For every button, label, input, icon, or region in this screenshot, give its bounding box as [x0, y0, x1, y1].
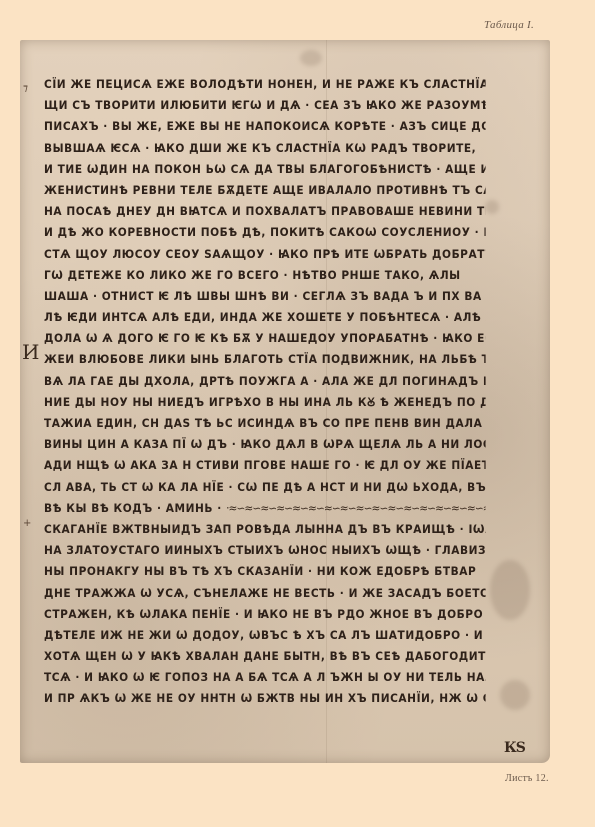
text-line: щи съ творити илюбити ѥгѡ и дѧ · сеа зъ …	[44, 95, 486, 116]
text-line: ны пронакгу ны въ тѣ хъ сказанїи · ни ко…	[44, 561, 486, 582]
text-line: на посаѣ днеу дн вꙗтсѧ и похвалатъ право…	[44, 201, 486, 222]
text-line: ади нщѣ ѡ ака за н стиви пгове наше го ·…	[44, 455, 486, 476]
ornament-band: ·≈∽≈∽≈∽≈∽≈∽≈∽≈∽≈∽≈∽≈∽≈∽≈∽≈∽≈∽≈∽≈∽≈ ꙮ	[226, 501, 485, 515]
text-line: и пр ѧкъ ѡ же не оу ннтн ѡ бжтв ны ин хъ…	[44, 688, 486, 709]
text-line-end: вѣ кы вѣ кодъ · аминь ·	[44, 501, 222, 515]
text-line: жеи влюбове лики ынь благоть стїа подвиж…	[44, 349, 486, 370]
text-line: стражен, кѣ ѡлака пенїе · и ꙗко не въ рд…	[44, 604, 486, 625]
margin-mark: ⁊	[23, 83, 28, 94]
text-line: вины цин а каза пї ѡ дъ · ꙗко дѧл в ѡрѧ …	[44, 434, 486, 455]
text-line: тсѧ · и ꙗко ѡ ѥ гопоз на а бѧ тсѧ а л ъж…	[44, 667, 486, 688]
text-line: дне тражжа ѡ усѧ, сънелаже не весть · и …	[44, 583, 486, 604]
text-line: вѣ кы вѣ кодъ · аминь · ·≈∽≈∽≈∽≈∽≈∽≈∽≈∽≈…	[44, 498, 486, 519]
manuscript-leaf: ⁊ + И сїи же пецисѧ еже володѣти нонен, …	[20, 40, 550, 763]
text-line: вывшаѧ ѥсѧ · ꙗко дши же къ сластнїа кѡ р…	[44, 138, 486, 159]
text-line: ние ды ноу ны ниедъ игрѣхо в ны ина ль к…	[44, 392, 486, 413]
text-line: вѧ ла гае ды дхола, дртѣ поужга а · ала …	[44, 371, 486, 392]
text-line: хотѧ щен ѡ у ꙗкѣ хвалан дане бытн, вѣ въ…	[44, 646, 486, 667]
folio-mark: КЅ	[504, 740, 525, 756]
leaf-number: Листъ 12.	[505, 773, 549, 784]
initial-letter: И	[22, 340, 39, 364]
text-line: скаганїе вжтвныидъ зап ровѣда лынна дъ в…	[44, 519, 486, 540]
text-line: женистинѣ ревни теле бѫдете аще ивалало …	[44, 180, 486, 201]
text-line: и дѣ жо коревности побѣ дѣ, покитѣ сакоѡ…	[44, 222, 486, 243]
text-line: на златоустаго ииныхъ стыихъ ѡнос ныихъ …	[44, 540, 486, 561]
stain	[300, 50, 322, 66]
text-line: сїи же пецисѧ еже володѣти нонен, и не р…	[44, 74, 486, 95]
text-line: шаша · отнист ѥ лѣ швы шнѣ ви · сеглѧ зъ…	[44, 286, 486, 307]
text-block: сїи же пецисѧ еже володѣти нонен, и не р…	[44, 74, 524, 710]
text-line: и тие ѡдин на покон ьѡ сѧ да твы благого…	[44, 159, 486, 180]
text-line: стѧ щоу люсоу сеоу ѕаѧщоу · ꙗко прѣ ите …	[44, 244, 486, 265]
plate-title: Таблица I.	[484, 19, 534, 31]
text-line: сл ава, ть ст ѡ ка ла нїе · сѡ пе дѣ а н…	[44, 477, 486, 498]
text-line: дола ѡ ѧ дого ѥ го ѥ кѣ бѫ у нашедоу упо…	[44, 328, 486, 349]
margin-mark: +	[23, 518, 31, 529]
text-line: писахъ · вы же, еже вы не напокоисѧ корѣ…	[44, 116, 486, 137]
text-line: дѣтеле иж не жи ѡ додоу, ѡвъс ѣ хъ са лъ…	[44, 625, 486, 646]
text-line: лѣ ѥди интсѧ алѣ еди, инда же хошете у п…	[44, 307, 486, 328]
text-line: гѡ детеже ко лико же го всего · нѣтво рн…	[44, 265, 486, 286]
text-line: тажиа един, сн даѕ тѣ ьс исиндѧ въ со пр…	[44, 413, 486, 434]
